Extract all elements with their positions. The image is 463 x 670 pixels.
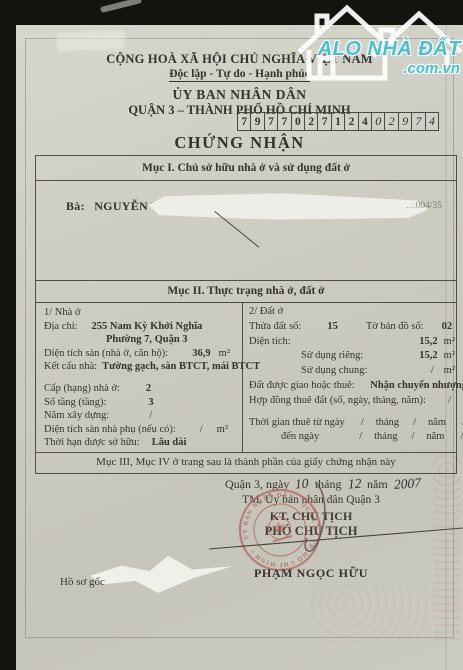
serial-digit: 7	[264, 113, 277, 130]
land-area-label: Diện tích:	[249, 335, 291, 350]
serial-digit: 7	[317, 113, 330, 130]
section3-note: Mục III, Mục IV ở trang sau là thành phầ…	[36, 453, 456, 473]
lease-from-label: Thời gian thuê từ ngày	[249, 416, 345, 431]
certificate-table: Mục I. Chủ sở hữu nhà ở và sử dụng đất ở…	[35, 155, 457, 474]
tenure-value: Lâu dài	[152, 436, 187, 450]
censor-blur-owner	[148, 193, 428, 220]
motto-underlined: Độc lập - Tự do - Hạnh phúc	[169, 68, 310, 82]
plot-label: Thửa đất số:	[249, 320, 301, 335]
private-use-label: Sử dụng riêng:	[301, 349, 363, 364]
land-title-label: 2/ Đất ở	[249, 305, 283, 320]
owner-id-fragment: …004/35	[406, 201, 442, 211]
month-word: tháng	[374, 430, 397, 445]
serial-digit: 0	[371, 113, 384, 130]
lease-to-row: đến ngày / tháng / năm /	[249, 430, 463, 445]
slash: /	[361, 416, 364, 431]
paper-sheet: CỘNG HOÀ XÃ HỘI CHỦ NGHĨA VIỆT NAM Độc l…	[16, 25, 463, 670]
issuer-name: ỦY BAN NHÂN DÂN	[16, 87, 463, 103]
owner-box: Bà: NGUYỄN TH …004/35	[36, 181, 456, 281]
house-title: 1/ Nhà ở	[44, 306, 240, 320]
floor-area-unit: m²	[219, 347, 230, 361]
lease-from-row: Thời gian thuê từ ngày / tháng / năm /	[249, 416, 463, 431]
grade-value: 2	[146, 382, 151, 396]
floor-area-row: Diện tích sàn (nhà ở, căn hộ): 36,9 m²	[44, 347, 240, 361]
aux-area-value: /	[200, 423, 203, 437]
land-area-unit: m²	[444, 335, 455, 350]
archive-note: Hồ sơ gốc	[60, 576, 105, 588]
serial-digit: 0	[291, 113, 304, 130]
stamp-emblem-icon	[266, 514, 293, 541]
certificate-photo: CỘNG HOÀ XÃ HỘI CHỦ NGHĨA VIỆT NAM Độc l…	[0, 0, 463, 670]
serial-digit: 1	[331, 113, 344, 130]
shared-use-unit: m²	[444, 364, 455, 379]
underlying-pattern	[309, 585, 429, 645]
land-area-value: 15,2	[419, 335, 437, 350]
granted-row: Đất được giao hoặc thuê: Nhận chuyển như…	[249, 379, 463, 394]
aux-area-row: Diện tích sàn nhà phụ (nếu có): / m²	[44, 423, 240, 437]
granted-value: Nhận chuyển nhượng	[370, 379, 463, 394]
private-use-unit: m²	[444, 349, 455, 364]
year-value: /	[149, 409, 152, 423]
year-label: Năm xây dựng:	[44, 409, 109, 423]
year-row: Năm xây dựng: /	[44, 409, 240, 423]
shared-use-row: Sử dụng chung: / m²	[249, 364, 463, 379]
section1-heading: Mục I. Chủ sở hữu nhà ở và sử dụng đất ở	[36, 156, 456, 181]
watermark-domain: .com.vn	[403, 60, 460, 77]
private-use-row: Sử dụng riêng: 15,2 m²	[249, 349, 463, 364]
listing-watermark: ALO NHÀ ĐẤT .com.vn	[295, 0, 463, 84]
address-value2: Phường 7, Quận 3	[106, 333, 188, 347]
grade-label: Cấp (hạng) nhà ở:	[44, 382, 120, 396]
land-area-row: Diện tích: 15,2 m²	[249, 335, 463, 350]
serial-digit: 7	[411, 113, 424, 130]
land-title: 2/ Đất ở	[249, 305, 463, 320]
serial-number-boxes: 797702712402974	[237, 112, 439, 131]
floors-row: Số tầng (tầng): 3	[44, 396, 240, 410]
lease-contract-value: /	[448, 394, 451, 409]
watermark-brand: ALO NHÀ ĐẤT	[318, 38, 461, 61]
plot-value: 15	[327, 320, 338, 335]
plot-row: Thửa đất số: 15 Tờ bản đồ số: 02	[249, 320, 463, 335]
lease-to-label: đến ngày	[281, 430, 319, 445]
aux-area-label: Diện tích sàn nhà phụ (nếu có):	[44, 423, 176, 437]
serial-digit: 9	[250, 113, 263, 130]
slash: /	[413, 416, 416, 431]
grade-row: Cấp (hạng) nhà ở: 2	[44, 382, 240, 396]
place-date-line: Quận 3, ngày 10 tháng 12 năm 2007	[225, 476, 424, 492]
structure-row: Kết cấu nhà: Tường gạch, sàn BTCT, mái B…	[44, 360, 240, 374]
address-row: Địa chỉ: 255 Nam Kỳ Khởi Nghĩa	[44, 320, 240, 334]
aux-area-unit: m²	[217, 423, 228, 437]
map-label: Tờ bản đồ số:	[366, 320, 424, 335]
floor-area-label: Diện tích sàn (nhà ở, căn hộ):	[44, 347, 168, 361]
structure-value: Tường gạch, sàn BTCT, mái BTCT	[102, 360, 260, 374]
address-label: Địa chỉ:	[44, 320, 78, 334]
slash: /	[411, 430, 414, 445]
address-row2: Phường 7, Quận 3	[44, 333, 240, 347]
underlying-pattern	[434, 455, 460, 645]
serial-digit: 4	[358, 113, 371, 130]
lease-contract-row: Hợp đồng thuê đất (số, ngày, tháng, năm)…	[249, 394, 463, 409]
slash: /	[359, 430, 362, 445]
serial-digit: 9	[398, 113, 411, 130]
tenure-label: Thời hạn được sở hữu:	[44, 436, 140, 450]
serial-digit: 2	[384, 113, 397, 130]
house-column: 1/ Nhà ở Địa chỉ: 255 Nam Kỳ Khởi Nghĩa …	[36, 303, 243, 452]
shared-use-label: Sử dụng chung:	[301, 364, 367, 379]
tenure-row: Thời hạn được sở hữu: Lâu dài	[44, 436, 240, 450]
floors-value: 3	[148, 396, 153, 410]
handwritten-year: 2007	[393, 475, 421, 493]
month-word: tháng	[376, 416, 399, 431]
lease-contract-label: Hợp đồng thuê đất (số, ngày, tháng, năm)…	[249, 394, 426, 409]
shared-use-value: /	[431, 364, 434, 379]
serial-digit: 7	[238, 113, 250, 130]
address-value: 255 Nam Kỳ Khởi Nghĩa	[92, 320, 203, 334]
private-use-value: 15,2	[419, 349, 437, 364]
owner-prefix: Bà:	[66, 199, 85, 213]
serial-digit: 4	[425, 113, 438, 130]
year-word: năm	[426, 430, 444, 445]
document-title: CHỨNG NHẬN	[16, 133, 463, 153]
year-word: năm	[367, 477, 388, 491]
property-columns: 1/ Nhà ở Địa chỉ: 255 Nam Kỳ Khởi Nghĩa …	[36, 303, 456, 453]
faded-stamp-mark	[58, 32, 125, 50]
month-word: tháng	[315, 477, 342, 491]
granted-label: Đất được giao hoặc thuê:	[249, 379, 355, 394]
land-column: 2/ Đất ở Thửa đất số: 15 Tờ bản đồ số: 0…	[243, 303, 463, 452]
structure-label: Kết cấu nhà:	[44, 360, 97, 374]
year-word: năm	[428, 416, 446, 431]
photo-scratch	[100, 0, 142, 13]
floors-label: Số tầng (tầng):	[44, 396, 106, 410]
serial-digit: 2	[304, 113, 317, 130]
floor-area-value: 36,9	[192, 347, 210, 361]
serial-digit: 7	[277, 113, 290, 130]
house-title-label: 1/ Nhà ở	[44, 306, 80, 320]
serial-digit: 2	[344, 113, 357, 130]
section2-heading: Mục II. Thực trạng nhà ở, đất ở	[36, 281, 456, 303]
handwritten-month: 12	[347, 476, 362, 493]
map-value: 02	[442, 320, 453, 335]
